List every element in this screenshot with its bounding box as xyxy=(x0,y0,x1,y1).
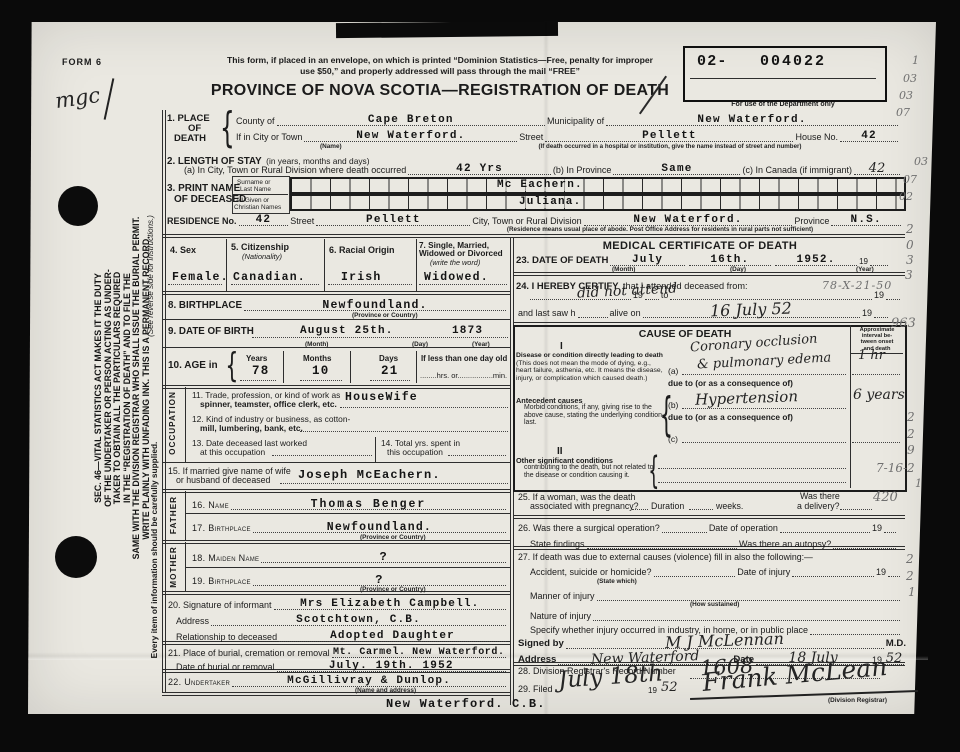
undertaker-city-value: New Waterford. C.B. xyxy=(386,697,546,711)
manner-label: Manner of injury xyxy=(530,591,595,601)
father-name-label: 16. Name xyxy=(192,500,229,510)
dotted-rule xyxy=(328,284,412,285)
form-left-border xyxy=(162,110,166,692)
dotted-rule xyxy=(682,374,846,375)
year-19-stub: 19 xyxy=(633,290,643,300)
dotted xyxy=(587,548,738,549)
section-divider xyxy=(162,591,511,595)
disease-label-rest: (This does not mean the mode of dying, e… xyxy=(516,360,663,382)
dotted xyxy=(833,548,896,549)
pencil-note: 963 xyxy=(891,316,916,331)
md-label: M.D. xyxy=(886,638,906,649)
row-divider xyxy=(162,319,511,320)
informant-value: Mrs Elizabeth Campbell. xyxy=(300,599,479,610)
cause-roman-one: I xyxy=(560,341,563,352)
undertaker-value: McGillivray & Dunlop. xyxy=(287,676,451,687)
residence-no-field: 42 xyxy=(239,215,289,226)
dotted xyxy=(888,576,900,577)
city-field: New Waterford. xyxy=(304,131,517,142)
residence-street-field: Pellett xyxy=(316,215,470,226)
operation-label: 26. Was there a surgical operation? xyxy=(518,523,660,533)
county-field: Cape Breton xyxy=(277,115,546,126)
death-date-label: 23. DATE OF DEATH xyxy=(516,255,608,266)
dotted-rule xyxy=(168,284,222,285)
birthplace-value: Newfoundland. xyxy=(322,300,427,312)
surname-caption-2: Last Name xyxy=(240,186,271,193)
dotted-rule xyxy=(682,442,846,443)
age-brace: { xyxy=(225,349,238,383)
mother-birthplace-label: 19. Birthplace xyxy=(192,576,251,586)
dotted-rule xyxy=(448,455,506,456)
cell-divider xyxy=(416,239,417,291)
last-saw-label: and last saw h xyxy=(518,308,576,318)
pencil-note: 2 xyxy=(906,569,914,583)
house-no-value: 42 xyxy=(861,131,877,142)
dotted-rule xyxy=(340,407,508,408)
interval-column-divider xyxy=(850,325,851,488)
pencil-note: 3 xyxy=(905,268,913,282)
street-field: Pellett xyxy=(545,131,793,142)
cause-b-label: (b) xyxy=(668,400,678,410)
s2b-value: Same xyxy=(661,164,692,175)
dotted-rule xyxy=(419,284,507,285)
age-years-value: 78 xyxy=(252,364,269,378)
dotted xyxy=(597,600,900,601)
informant-address-field: Scotchtown, C.B. xyxy=(211,615,506,626)
spouse-value: Joseph McEachern. xyxy=(298,468,441,482)
s15-label-2: or husband of deceased xyxy=(176,475,270,485)
county-label: County of xyxy=(236,116,275,126)
filed-year-handwritten: 52 xyxy=(661,680,678,695)
relationship-label: Relationship to deceased xyxy=(176,632,277,642)
operation-date-label: Date of operation xyxy=(709,523,778,533)
s13-label-2: at this occupation xyxy=(200,447,265,457)
dob-year-value: 1873 xyxy=(452,325,483,337)
pencil-note: 7-16-2 xyxy=(876,461,915,475)
father-divider xyxy=(185,491,186,540)
birthplace-label: 8. BIRTHPLACE xyxy=(168,300,242,311)
death-day-field: 16th. xyxy=(689,255,771,266)
undertaker-field: McGillivray & Dunlop. xyxy=(232,676,506,687)
due-to-label: due to (or as a consequence of) xyxy=(668,378,793,388)
cause-a-label: (a) xyxy=(668,366,678,376)
dotted-rule xyxy=(252,337,508,338)
burial-place-field: Mt. Carmel. New Waterford. xyxy=(332,647,506,658)
section-divider xyxy=(162,489,511,493)
dotted xyxy=(874,317,888,318)
municipality-label: Municipality of xyxy=(547,116,604,126)
how-sustained-caption: (How sustained) xyxy=(690,601,739,608)
pencil-note: 03 xyxy=(914,155,928,168)
municipality-value: New Waterford. xyxy=(697,115,806,126)
s2a-value: 42 Yrs xyxy=(456,164,503,175)
marital-caption: (write the word) xyxy=(430,258,480,267)
undertaker-label: 22. Undertaker xyxy=(168,677,230,687)
marital-label-2: Widowed or Divorced xyxy=(419,249,503,258)
pencil-note: 1 xyxy=(915,477,922,490)
mail-notice-line2: use $50,” and properly addressed will pa… xyxy=(205,66,675,76)
father-birthplace-field: Newfoundland. xyxy=(253,522,506,534)
dob-label: 9. DATE OF BIRTH xyxy=(168,326,254,337)
informant-address-value: Scotchtown, C.B. xyxy=(296,615,421,626)
mother-birthplace-field: ? xyxy=(253,574,506,586)
given-name-value: Juliana. xyxy=(519,196,581,208)
age-days-value: 21 xyxy=(381,364,398,378)
relationship-value: Adopted Daughter xyxy=(330,631,455,642)
form-number: FORM 6 xyxy=(62,57,102,67)
death-year-caption: (Year) xyxy=(856,266,874,273)
department-only-note: For use of the Department only xyxy=(683,101,883,108)
citizenship-label: 5. Citizenship xyxy=(231,242,289,252)
signed-year-handwritten: 52 xyxy=(886,652,903,665)
mail-notice-line1: This form, if placed in an envelope, on … xyxy=(205,55,675,65)
mother-maiden-field: ? xyxy=(261,551,506,563)
scanned-death-registration: { "scan": { "form_no": "FORM 6", "pen_sc… xyxy=(0,0,960,752)
death-month-field: July xyxy=(610,255,684,266)
pregnancy-label-2: associated with pregnancy? xyxy=(530,501,639,511)
sex-value: Female. xyxy=(172,271,229,284)
findings-label: State findings xyxy=(530,539,585,549)
surname-value: Mc Eachern. xyxy=(497,179,583,191)
age-months-header: Months xyxy=(303,354,331,363)
dotted-rule xyxy=(852,442,900,443)
filed-label: 29. Filed xyxy=(518,684,553,694)
age-years-header: Years xyxy=(246,354,267,363)
age-days-header: Days xyxy=(379,354,398,363)
dotted xyxy=(780,532,870,533)
pencil-note: 2 xyxy=(906,552,914,566)
residence-street-value: Pellett xyxy=(366,215,421,226)
section-divider xyxy=(513,515,905,519)
was-there-label: Was there xyxy=(800,491,840,501)
duration-label: Duration xyxy=(651,501,684,511)
father-name-field: Thomas Benger xyxy=(231,499,506,511)
weeks-label: weeks. xyxy=(716,501,743,511)
delivery-label: a delivery? xyxy=(797,501,840,511)
division-registrar-caption: (Division Registrar) xyxy=(828,697,887,704)
due-to-label-2: due to (or as a consequence of) xyxy=(668,412,793,422)
row-divider xyxy=(162,462,511,463)
pencil-note: 07 xyxy=(896,106,910,119)
cause-b-interval-handwritten: 6 years xyxy=(853,387,905,403)
alive-on-label: alive on xyxy=(610,308,641,318)
dotted xyxy=(662,532,707,533)
residence-province-value: N.S. xyxy=(851,215,882,226)
residence-caption: (Residence means usual place of abode. P… xyxy=(420,226,900,233)
pencil-note: 0 xyxy=(906,238,914,252)
father-birthplace-value: Newfoundland. xyxy=(327,522,432,534)
death-day-value: 16th. xyxy=(710,255,749,266)
age-lt-label-1: If less than one day old xyxy=(421,354,507,363)
physician-address-label: Address xyxy=(518,654,556,665)
death-day-caption: (Day) xyxy=(730,266,746,273)
punch-hole-top xyxy=(58,186,98,226)
death-year-field: 1952. xyxy=(775,255,857,266)
dotted-rule xyxy=(840,509,872,510)
residence-division-label: City, Town or Rural Division xyxy=(472,216,581,226)
s2a-field: 42 Yrs xyxy=(408,164,551,175)
state-which-caption: (State which) xyxy=(597,578,637,585)
sex-label: 4. Sex xyxy=(170,245,196,255)
s2b-field: Same xyxy=(613,164,740,175)
residence-province-field: N.S. xyxy=(831,215,901,226)
father-birthplace-caption: (Province or Country) xyxy=(360,534,426,541)
pencil-note: 1 xyxy=(908,585,916,599)
dotted xyxy=(578,317,608,318)
year-19-stub: 19 xyxy=(876,567,886,577)
last-alive-handwritten: 16 July 52 xyxy=(710,301,792,320)
dotted xyxy=(792,576,874,577)
accident-label: Accident, suicide or homicide? xyxy=(530,567,652,577)
dotted-rule xyxy=(370,380,410,381)
pencil-note: 78-X-21-50 xyxy=(822,279,892,292)
house-no-field: 42 xyxy=(840,131,898,142)
section-divider xyxy=(162,385,511,389)
burial-place-label: 21. Place of burial, cremation or remova… xyxy=(168,648,330,658)
mother-birthplace-value: ? xyxy=(375,574,383,586)
s14-label-2: this occupation xyxy=(387,447,443,457)
last-alive-field: 16 July 52 xyxy=(643,302,860,318)
pencil-note: 9 xyxy=(907,443,915,457)
undertaker-caption: (Name and address) xyxy=(355,687,416,694)
given-name-letter-grid xyxy=(290,194,906,211)
dotted xyxy=(645,299,659,300)
age-months-value: 10 xyxy=(312,364,329,378)
row-divider xyxy=(162,347,511,348)
signed-year-field: 52 xyxy=(884,652,904,665)
pencil-note: 420 xyxy=(873,490,898,505)
cell-divider xyxy=(416,351,417,383)
pencil-note: 3 xyxy=(906,253,914,267)
residence-label: RESIDENCE No. xyxy=(167,216,237,226)
racial-origin-value: Irish xyxy=(341,271,382,284)
informant-address-label: Address xyxy=(176,616,209,626)
residence-division-field: New Waterford. xyxy=(584,215,793,226)
pencil-note: 2 xyxy=(906,222,914,236)
racial-origin-label: 6. Racial Origin xyxy=(329,245,395,255)
month-caption: (Month) xyxy=(305,341,328,348)
municipality-field: New Waterford. xyxy=(606,115,898,126)
to-label: to xyxy=(661,290,669,300)
section-divider xyxy=(162,692,511,696)
year-19-stub: 19 xyxy=(862,308,872,318)
cell-divider xyxy=(350,351,351,383)
residence-province-label: Province xyxy=(794,216,829,226)
dotted-rule xyxy=(689,509,713,510)
dotted-rule xyxy=(658,482,846,483)
disease-label-bold: Disease or condition directly leading to… xyxy=(516,352,663,359)
burial-date-field: July. 19th. 1952 xyxy=(277,661,506,672)
city-value: New Waterford. xyxy=(356,131,465,142)
birthplace-field: Newfoundland. xyxy=(244,300,506,312)
pencil-note: 2 xyxy=(907,410,915,424)
father-vertical-label: FATHER xyxy=(169,491,178,539)
row-divider xyxy=(185,567,511,568)
registration-prefix: 02- xyxy=(697,53,728,70)
year-19-stub: 19 xyxy=(859,257,868,266)
reverse-side-note: (See reverse side for instructions.) xyxy=(146,162,155,390)
dotted-rule xyxy=(300,431,508,432)
father-name-value: Thomas Benger xyxy=(311,499,427,511)
name-caption: (Name) xyxy=(320,143,342,150)
residence-no-value: 42 xyxy=(256,215,272,226)
death-year-value: 1952. xyxy=(797,255,836,266)
dotted xyxy=(593,620,900,621)
s2c-value-handwritten: 42 xyxy=(869,162,886,175)
dotted xyxy=(654,576,736,577)
dotted-rule xyxy=(272,455,372,456)
s1-label-death: DEATH xyxy=(174,133,206,144)
mother-maiden-label: 18. Maiden Name xyxy=(192,553,259,563)
surname-letter-grid xyxy=(290,177,906,194)
cause-a-interval-handwritten: 1 hr xyxy=(858,348,885,363)
day-caption: (Day) xyxy=(412,341,428,348)
sec46-vertical-notice: SEC. 46—VITAL STATISTICS ACT MAKES IT TH… xyxy=(94,154,152,622)
citizenship-caption: (Nationality) xyxy=(242,252,282,261)
pencil-note: 02 xyxy=(899,190,913,203)
burial-place-value: Mt. Carmel. New Waterford. xyxy=(333,648,505,658)
s2c-label: (c) In Canada (if immigrant) xyxy=(742,165,852,175)
surname-caption-1: Surname or xyxy=(237,179,270,186)
city-label: If in City or Town xyxy=(236,132,302,142)
county-value: Cape Breton xyxy=(368,115,454,126)
birthplace-caption: (Province or Country) xyxy=(352,312,418,319)
citizenship-value: Canadian. xyxy=(233,271,306,284)
street-value: Pellett xyxy=(642,131,697,142)
pencil-note: 07 xyxy=(903,173,917,186)
s1-brace: { xyxy=(220,107,235,149)
father-birthplace-label: 17. Birthplace xyxy=(192,523,251,533)
other-conditions-rest: contributing to the death, but not relat… xyxy=(524,464,664,479)
dotted-rule xyxy=(240,380,276,381)
dotted-rule xyxy=(231,284,319,285)
marital-value: Widowed. xyxy=(424,271,489,284)
section-divider xyxy=(162,540,511,544)
given-caption-2: Christian Names xyxy=(234,204,281,211)
section-divider xyxy=(162,234,905,238)
cause-b-handwritten: Hypertension xyxy=(695,387,799,409)
pencil-note: 03 xyxy=(899,89,913,102)
informant-field: Mrs Elizabeth Campbell. xyxy=(274,599,506,610)
form-title: PROVINCE OF NOVA SCOTIA—REGISTRATION OF … xyxy=(180,82,700,100)
burial-date-label: Date of burial or removal xyxy=(176,662,275,672)
informant-label: 20. Signature of informant xyxy=(168,600,272,610)
dotted xyxy=(886,299,900,300)
death-month-value: July xyxy=(632,255,663,266)
registration-number: 004022 xyxy=(760,53,826,70)
pencil-note: 2 xyxy=(907,427,915,441)
s2b-label: (b) In Province xyxy=(553,165,612,175)
s12-label-2: mill, lumbering, bank, etc. xyxy=(200,423,303,433)
street-caption: (If death occurred in a hospital or inst… xyxy=(500,143,840,150)
occupation-divider xyxy=(185,387,186,463)
dob-monthday-value: August 25th. xyxy=(300,325,394,337)
dotted-rule xyxy=(300,380,342,381)
injury-date-label: Date of injury xyxy=(737,567,790,577)
attended-from-field xyxy=(530,299,631,300)
s11-label-2: spinner, teamster, office clerk, etc. xyxy=(200,399,337,409)
every-item-note: Every item of information should be care… xyxy=(149,400,159,700)
cell-divider xyxy=(324,239,325,291)
dotted-rule xyxy=(658,468,846,469)
signed-by-field: M J McLennan xyxy=(566,633,884,649)
dotted-rule xyxy=(852,374,900,375)
year-19-stub: 19 xyxy=(872,523,882,533)
row-divider xyxy=(185,513,511,514)
age-lt-label-2: ........hrs. or.................min. xyxy=(420,371,507,380)
year-caption: (Year) xyxy=(472,341,490,348)
occupation-value: HouseWife xyxy=(345,391,418,404)
mother-vertical-label: MOTHER xyxy=(169,543,178,591)
relationship-field: Adopted Daughter xyxy=(279,631,506,642)
cause-c-label: (c) xyxy=(668,434,678,444)
death-month-caption: (Month) xyxy=(612,266,635,273)
residence-street-label: Street xyxy=(290,216,314,226)
year-19-stub: 19 xyxy=(648,686,657,695)
age-label: 10. AGE in xyxy=(168,360,218,371)
punch-hole-bottom xyxy=(55,536,97,578)
given-caption-1: All Given or xyxy=(236,197,269,204)
autopsy-label: Was there an autopsy? xyxy=(739,539,831,549)
cell-divider xyxy=(283,351,284,383)
scan-top-notch xyxy=(336,21,558,38)
house-no-label: House No. xyxy=(795,132,838,142)
nature-label: Nature of injury xyxy=(530,611,591,621)
signed-by-label: Signed by xyxy=(518,638,564,649)
mother-birthplace-caption: (Province or Country) xyxy=(360,586,426,593)
burial-date-value: July. 19th. 1952 xyxy=(329,661,454,672)
dotted xyxy=(884,532,896,533)
occupation-vertical-label: OCCUPATION xyxy=(168,387,177,459)
mother-maiden-value: ? xyxy=(379,551,387,563)
pencil-note: 1 xyxy=(912,54,919,67)
s2c-field: 42 xyxy=(854,162,900,175)
street-label: Street xyxy=(519,132,543,142)
s2a-label: (a) In City, Town or Rural Division wher… xyxy=(184,165,406,175)
cell-divider xyxy=(375,437,376,463)
antecedent-label-rest: Morbid conditions, if any, giving rise t… xyxy=(524,404,664,427)
s3-label1: 3. PRINT NAME xyxy=(167,183,240,194)
residence-division-value: New Waterford. xyxy=(633,215,742,226)
dotted-rule xyxy=(280,483,508,484)
medical-certificate-title: MEDICAL CERTIFICATE OF DEATH xyxy=(540,240,860,252)
section-divider xyxy=(162,291,511,295)
external-causes-label: 27. If death was due to external causes … xyxy=(518,552,813,562)
pencil-note: 03 xyxy=(903,72,917,85)
